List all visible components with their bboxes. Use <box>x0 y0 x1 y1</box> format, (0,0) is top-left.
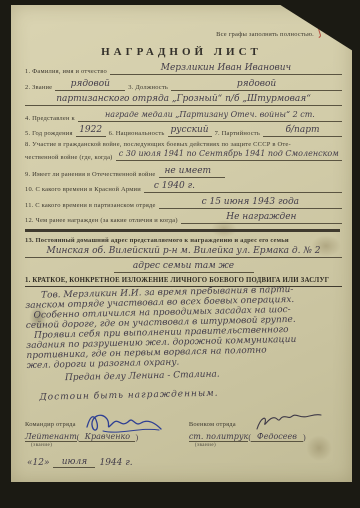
field-war-participation: 8. Участие в гражданской войне, последую… <box>25 141 342 161</box>
field-wounds-value: не имеет <box>159 166 225 178</box>
fill-all-fields-note: Все графы заполнять полностью. <box>216 31 314 38</box>
commander-rank-value: Лейтенант <box>25 432 77 442</box>
field-war-value: с 30 июля 1941 по Сентябрь 1941 под Смол… <box>116 149 342 161</box>
field-surname-label: 1. Фамилия, имя и отчество <box>25 68 107 75</box>
rank-hint-label: (звание) <box>195 443 340 448</box>
field-wounds-label: 9. Имеет ли ранения в Отечественной войн… <box>25 171 156 178</box>
document-page: Все графы заполнять полностью. №88 НАГРА… <box>11 5 352 482</box>
field-position-label: 3. Должность <box>128 84 168 91</box>
field-unit-value: партизанского отряда „Грозный“ п/б „Штур… <box>25 94 342 106</box>
feat-verdict-line: Достоин быть награжденным. <box>27 385 344 402</box>
commander-signature-column: Командир отряда Лейтенант ( Кравченко ) … <box>25 421 176 448</box>
rank-hint-label: (звание) <box>31 443 176 448</box>
field-wounds: 9. Имеет ли ранения в Отечественной войн… <box>25 166 342 178</box>
commissar-signature-icon <box>251 409 325 435</box>
feat-description: Тов. Мерзликин И.И. за время пребывания … <box>25 283 344 402</box>
field-surname-value: Мерзликин Иван Иванович <box>110 63 342 75</box>
field-surname: 1. Фамилия, имя и отчество Мерзликин Ива… <box>25 63 342 75</box>
field-partisan-value: с 15 июня 1943 года <box>159 197 342 209</box>
commissar-role-label: Военком отряда <box>189 421 236 428</box>
commissar-rank-value: ст. политрук <box>189 432 249 442</box>
field-unit: партизанского отряда „Грозный“ п/б „Штур… <box>25 94 342 106</box>
field-previous-awards-label: 12. Чем ранее награжден (за какие отличи… <box>25 217 178 224</box>
field-home-address: 13. Постоянный домашний адрес представля… <box>25 237 342 274</box>
field-rank-position: 2. Звание рядовой 3. Должность рядовой <box>25 79 342 91</box>
document-date: «12» июля 1944 г. <box>27 457 137 468</box>
section-divider <box>25 229 340 232</box>
page-title: НАГРАДНОЙ ЛИСТ <box>11 46 352 58</box>
field-birth-nationality-party: 5. Год рождения 1922 6. Национальность р… <box>25 125 342 137</box>
field-address-label: 13. Постоянный домашний адрес представля… <box>25 237 342 244</box>
field-birthyear-value: 1922 <box>76 125 106 137</box>
field-partisan-since: 11. С какого времени в партизанском отря… <box>25 197 342 209</box>
field-previous-awards-value: Не награжден <box>181 212 342 224</box>
field-birthyear-label: 5. Год рождения <box>25 130 73 137</box>
field-nationality-label: 6. Национальность <box>109 130 165 137</box>
red-number-mark: №88 <box>313 8 353 42</box>
field-address-value-line2: адрес семьи там же <box>114 261 254 273</box>
field-party-value: б/парт <box>263 125 342 137</box>
field-red-army-since: 10. С какого времени в Красной Армии с 1… <box>25 181 342 193</box>
commander-signature-icon <box>83 409 163 435</box>
field-address-value-line1: Минская об. Вилейский р-н м. Вилейка ул.… <box>25 246 342 258</box>
field-nominated-value: награде медали „Партизану Отеч. войны“ 2… <box>78 110 342 122</box>
field-nominated: 4. Представлен к награде медали „Партиза… <box>25 110 342 122</box>
commissar-signature-column: Военком отряда ст. политрук ( Федосеев )… <box>189 421 340 448</box>
date-day: «12» <box>27 458 49 468</box>
field-red-army-value: с 1940 г. <box>144 181 342 193</box>
field-partisan-label: 11. С какого времени в партизанском отря… <box>25 202 156 209</box>
date-month: июля <box>53 457 95 468</box>
commander-role-label: Командир отряда <box>25 421 76 428</box>
award-form: 1. Фамилия, имя и отчество Мерзликин Ива… <box>25 63 342 403</box>
field-nationality-value: русский <box>168 125 212 137</box>
field-previous-awards: 12. Чем ранее награжден (за какие отличи… <box>25 212 342 224</box>
field-party-label: 7. Партийность <box>215 130 260 137</box>
field-rank-label: 2. Звание <box>25 84 52 91</box>
field-rank-value: рядовой <box>55 79 125 91</box>
field-war-label-line1: 8. Участие в гражданской войне, последую… <box>25 141 342 148</box>
field-nominated-label: 4. Представлен к <box>25 115 75 122</box>
date-year: 1944 г. <box>99 458 132 468</box>
scanned-award-document: { "colors":{"paper":"#cfc9a8","typed_ink… <box>0 0 360 508</box>
field-red-army-label: 10. С какого времени в Красной Армии <box>25 186 141 193</box>
signature-block: Командир отряда Лейтенант ( Кравченко ) … <box>25 421 340 448</box>
field-war-label-line2: чественной войне (где, когда) <box>25 154 113 161</box>
field-position-value: рядовой <box>171 79 342 91</box>
